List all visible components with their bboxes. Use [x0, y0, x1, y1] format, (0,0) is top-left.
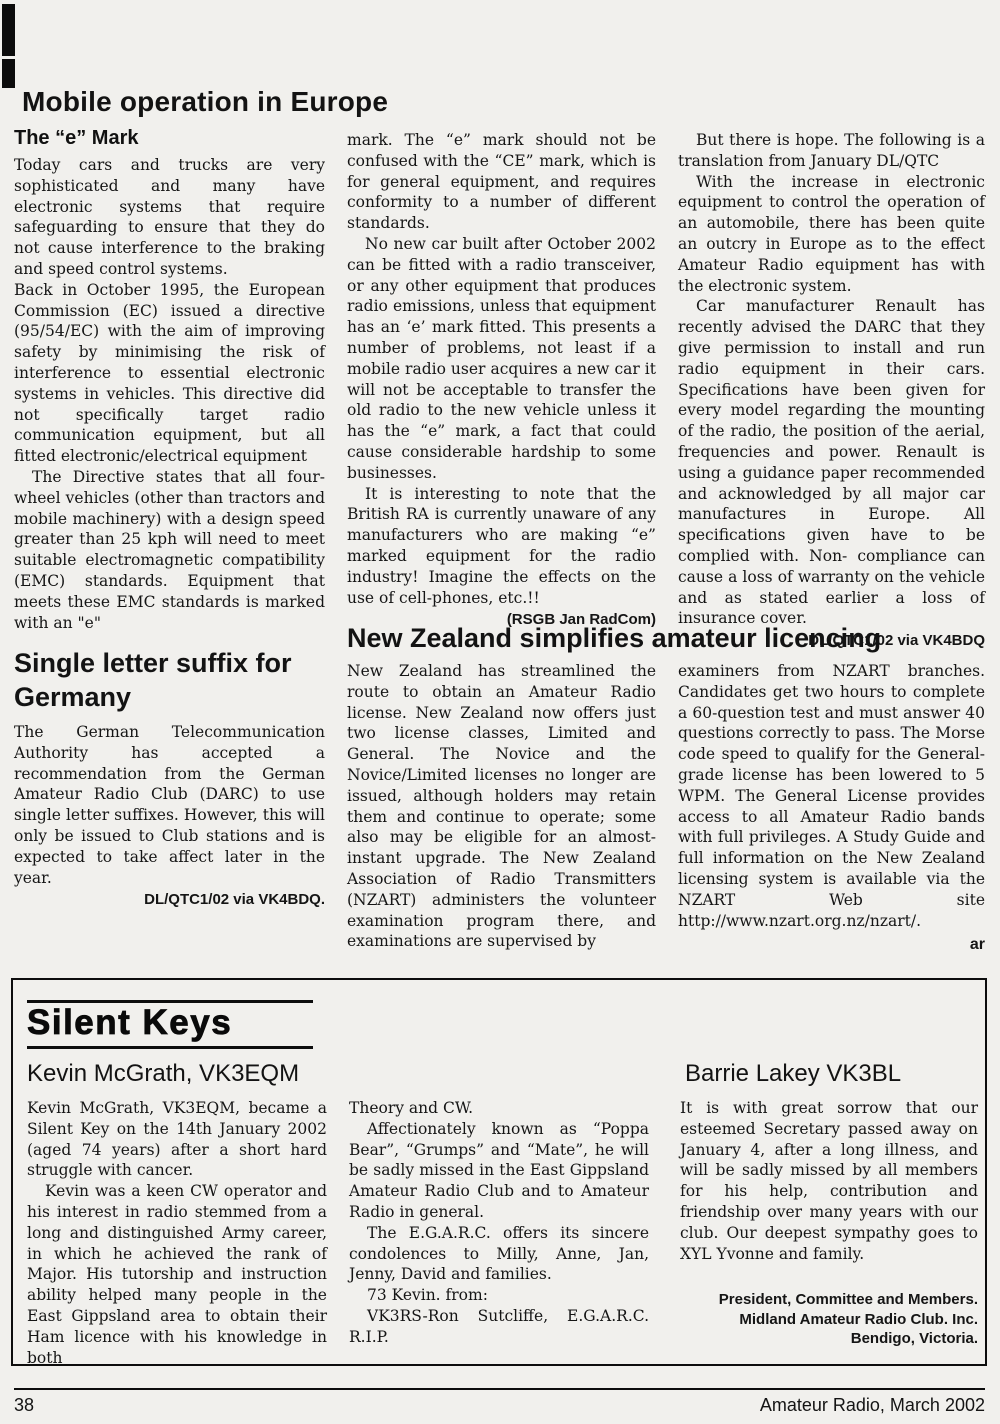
page-title: Mobile operation in Europe [22, 86, 388, 118]
article-e-mark-col2: mark. The “e” mark should not be confuse… [347, 130, 656, 630]
paragraph: Affectionately known as “Poppa Bear”, “G… [349, 1119, 649, 1223]
paragraph: The E.G.A.R.C. offers its sincere condol… [349, 1223, 649, 1285]
paragraph: Car manufacturer Renault has recently ad… [678, 296, 985, 629]
silent-keys-box: Silent Keys Kevin McGrath, VK3EQM Barrie… [11, 978, 987, 1366]
paragraph: It is with great sorrow that our esteeme… [680, 1098, 978, 1264]
nz-colB: examiners from NZART branches. Candidate… [678, 661, 985, 931]
scan-artifact [2, 59, 15, 88]
paragraph: examiners from NZART branches. Candidate… [678, 661, 985, 931]
paragraph: With the increase in electronic equipmen… [678, 172, 985, 297]
paragraph: 73 Kevin. from: [349, 1285, 649, 1306]
paragraph: It is interesting to note that the Briti… [347, 484, 656, 609]
paragraph: But there is hope. The following is a tr… [678, 130, 985, 172]
e-mark-col1-body: Today cars and trucks are very sophistic… [14, 155, 325, 633]
magazine-page: Mobile operation in Europe The “e” Mark … [0, 0, 1000, 1424]
scan-artifact [2, 4, 15, 56]
paragraph: Today cars and trucks are very sophistic… [14, 155, 325, 280]
paragraph: The Directive states that all four-wheel… [14, 467, 325, 633]
germany-body: The German Telecommunication Authority h… [14, 722, 325, 910]
paragraph: Kevin was a keen CW operator and his int… [27, 1181, 327, 1368]
attribution-line: DL/QTC1/02 via VK4BDQ. [14, 890, 325, 910]
obituary-barrie-heading: Barrie Lakey VK3BL [685, 1060, 901, 1088]
article-e-mark-col3: But there is hope. The following is a tr… [678, 130, 985, 651]
germany-heading: Single letter suffix for Germany [14, 646, 325, 714]
paragraph: Back in October 1995, the European Commi… [14, 280, 325, 467]
attribution-line: Bendigo, Victoria. [680, 1329, 978, 1349]
paragraph: mark. The “e” mark should not be confuse… [347, 130, 656, 234]
paragraph: No new car built after October 2002 can … [347, 234, 656, 484]
paragraph: New Zealand has streamlined the route to… [347, 661, 656, 952]
footer-magazine-title: Amateur Radio, March 2002 [585, 1395, 985, 1416]
obituary-kevin-col1: Kevin McGrath, VK3EQM, became a Silent K… [27, 1098, 327, 1368]
article-e-mark-col1: The “e” Mark Today cars and trucks are v… [14, 126, 325, 633]
nz-colA: New Zealand has streamlined the route to… [347, 661, 656, 952]
silent-keys-logo: Silent Keys [27, 1004, 232, 1042]
e-mark-heading: The “e” Mark [14, 126, 325, 150]
attribution-line: Midland Amateur Radio Club. Inc. [680, 1310, 978, 1330]
nz-author-sign: ar [885, 936, 985, 954]
paragraph: The German Telecommunication Authority h… [14, 722, 325, 888]
footer-page-number: 38 [14, 1395, 34, 1416]
footer-rule [14, 1388, 985, 1390]
paragraph: Kevin McGrath, VK3EQM, became a Silent K… [27, 1098, 327, 1181]
paragraph: VK3RS-Ron Sutcliffe, E.G.A.R.C. R.I.P. [349, 1306, 649, 1348]
nz-heading: New Zealand simplifies amateur licencing [347, 621, 985, 655]
obituary-kevin-heading: Kevin McGrath, VK3EQM [27, 1060, 299, 1088]
article-germany: Single letter suffix for Germany The Ger… [14, 646, 325, 910]
obituary-barrie-body: It is with great sorrow that our esteeme… [680, 1098, 978, 1349]
attribution-line: President, Committee and Members. [680, 1290, 978, 1310]
silent-keys-rule-bottom [27, 1046, 313, 1049]
paragraph: Theory and CW. [349, 1098, 649, 1119]
obituary-kevin-col2: Theory and CW.Affectionately known as “P… [349, 1098, 649, 1348]
